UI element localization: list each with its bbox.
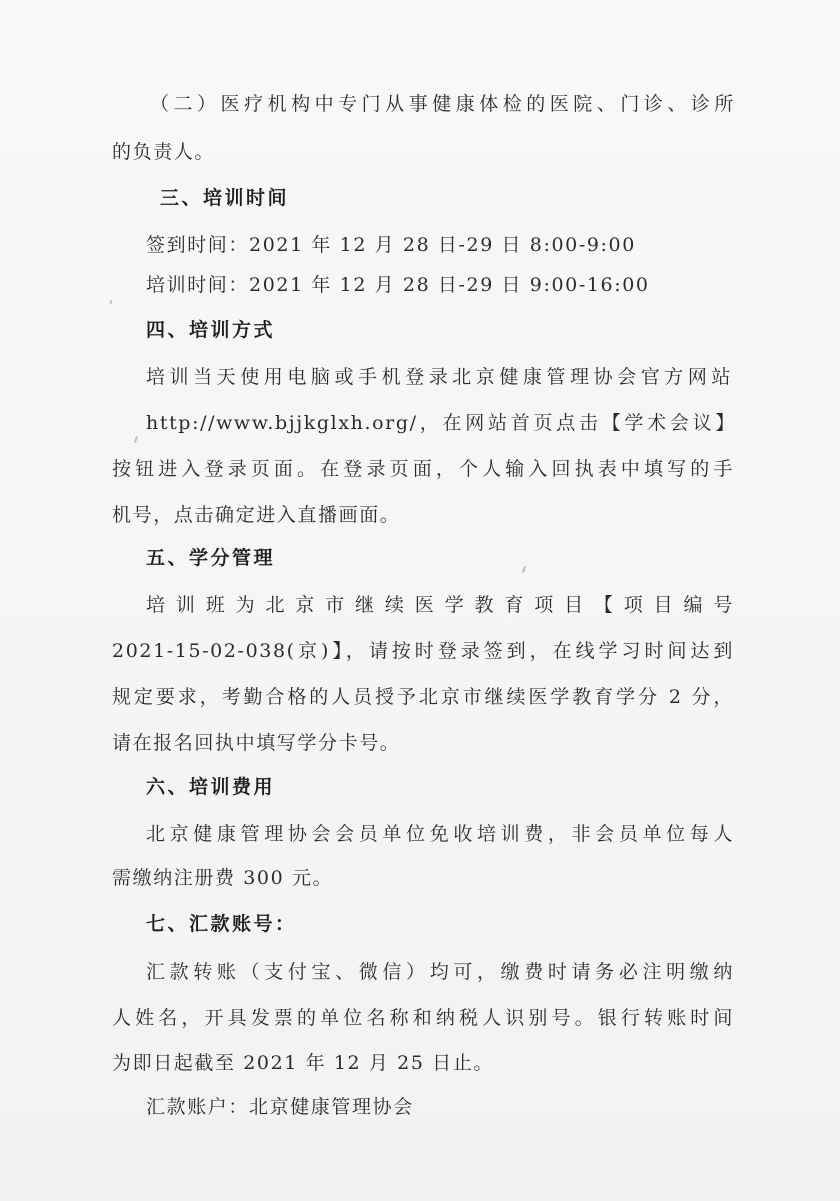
paragraph-method-line-2: http://www.bjjkglxh.org/，在网站首页点击【学术会议】 <box>146 411 736 435</box>
section-heading-training-method: 四、培训方式 <box>146 318 275 342</box>
section-heading-remittance-account: 七、汇款账号： <box>146 912 297 936</box>
paragraph-remittance-line-3: 为即日起截至 2021 年 12 月 25 日止。 <box>112 1051 494 1075</box>
paragraph-method-line-3: 按钮进入登录页面。在登录页面，个人输入回执表中填写的手 <box>112 457 734 481</box>
paragraph-eligibility-line-2: 的负责人。 <box>112 140 215 164</box>
paragraph-credit-line-2: 2021-15-02-038(京)】，请按时登录签到，在线学习时间达到 <box>112 639 734 663</box>
paragraph-fee-line-1: 北京健康管理协会会员单位免收培训费，非会员单位每人 <box>146 822 734 846</box>
scan-speck <box>134 436 138 443</box>
scan-speck <box>522 566 526 573</box>
document-page: （二）医疗机构中专门从事健康体检的医院、门诊、诊所 的负责人。 三、培训时间 签… <box>0 0 840 1201</box>
paragraph-credit-line-4: 请在报名回执中填写学分卡号。 <box>112 731 400 755</box>
training-time: 培训时间：2021 年 12 月 28 日-29 日 9:00-16:00 <box>146 273 650 297</box>
paragraph-remittance-line-2: 人姓名，开具发票的单位名称和纳税人识别号。银行转账时间 <box>112 1006 734 1030</box>
section-heading-training-time: 三、培训时间 <box>160 186 289 210</box>
scan-speck <box>109 300 112 304</box>
section-heading-credit-management: 五、学分管理 <box>146 546 275 570</box>
remittance-account-name: 汇款账户：北京健康管理协会 <box>146 1095 414 1119</box>
section-heading-training-fee: 六、培训费用 <box>146 775 275 799</box>
paragraph-method-line-4: 机号，点击确定进入直播画面。 <box>112 503 400 527</box>
paragraph-method-line-1: 培训当天使用电脑或手机登录北京健康管理协会官方网站 <box>146 365 732 389</box>
paragraph-eligibility-line-1: （二）医疗机构中专门从事健康体检的医院、门诊、诊所 <box>150 92 735 116</box>
paragraph-credit-line-1: 培训班为北京市继续医学教育项目【项目编号 <box>146 593 734 617</box>
paragraph-remittance-line-1: 汇款转账（支付宝、微信）均可，缴费时请务必注明缴纳 <box>146 960 734 984</box>
check-in-time: 签到时间：2021 年 12 月 28 日-29 日 8:00-9:00 <box>146 233 636 257</box>
paragraph-credit-line-3: 规定要求，考勤合格的人员授予北京市继续医学教育学分 2 分， <box>112 685 734 709</box>
paragraph-fee-line-2: 需缴纳注册费 300 元。 <box>112 866 333 890</box>
